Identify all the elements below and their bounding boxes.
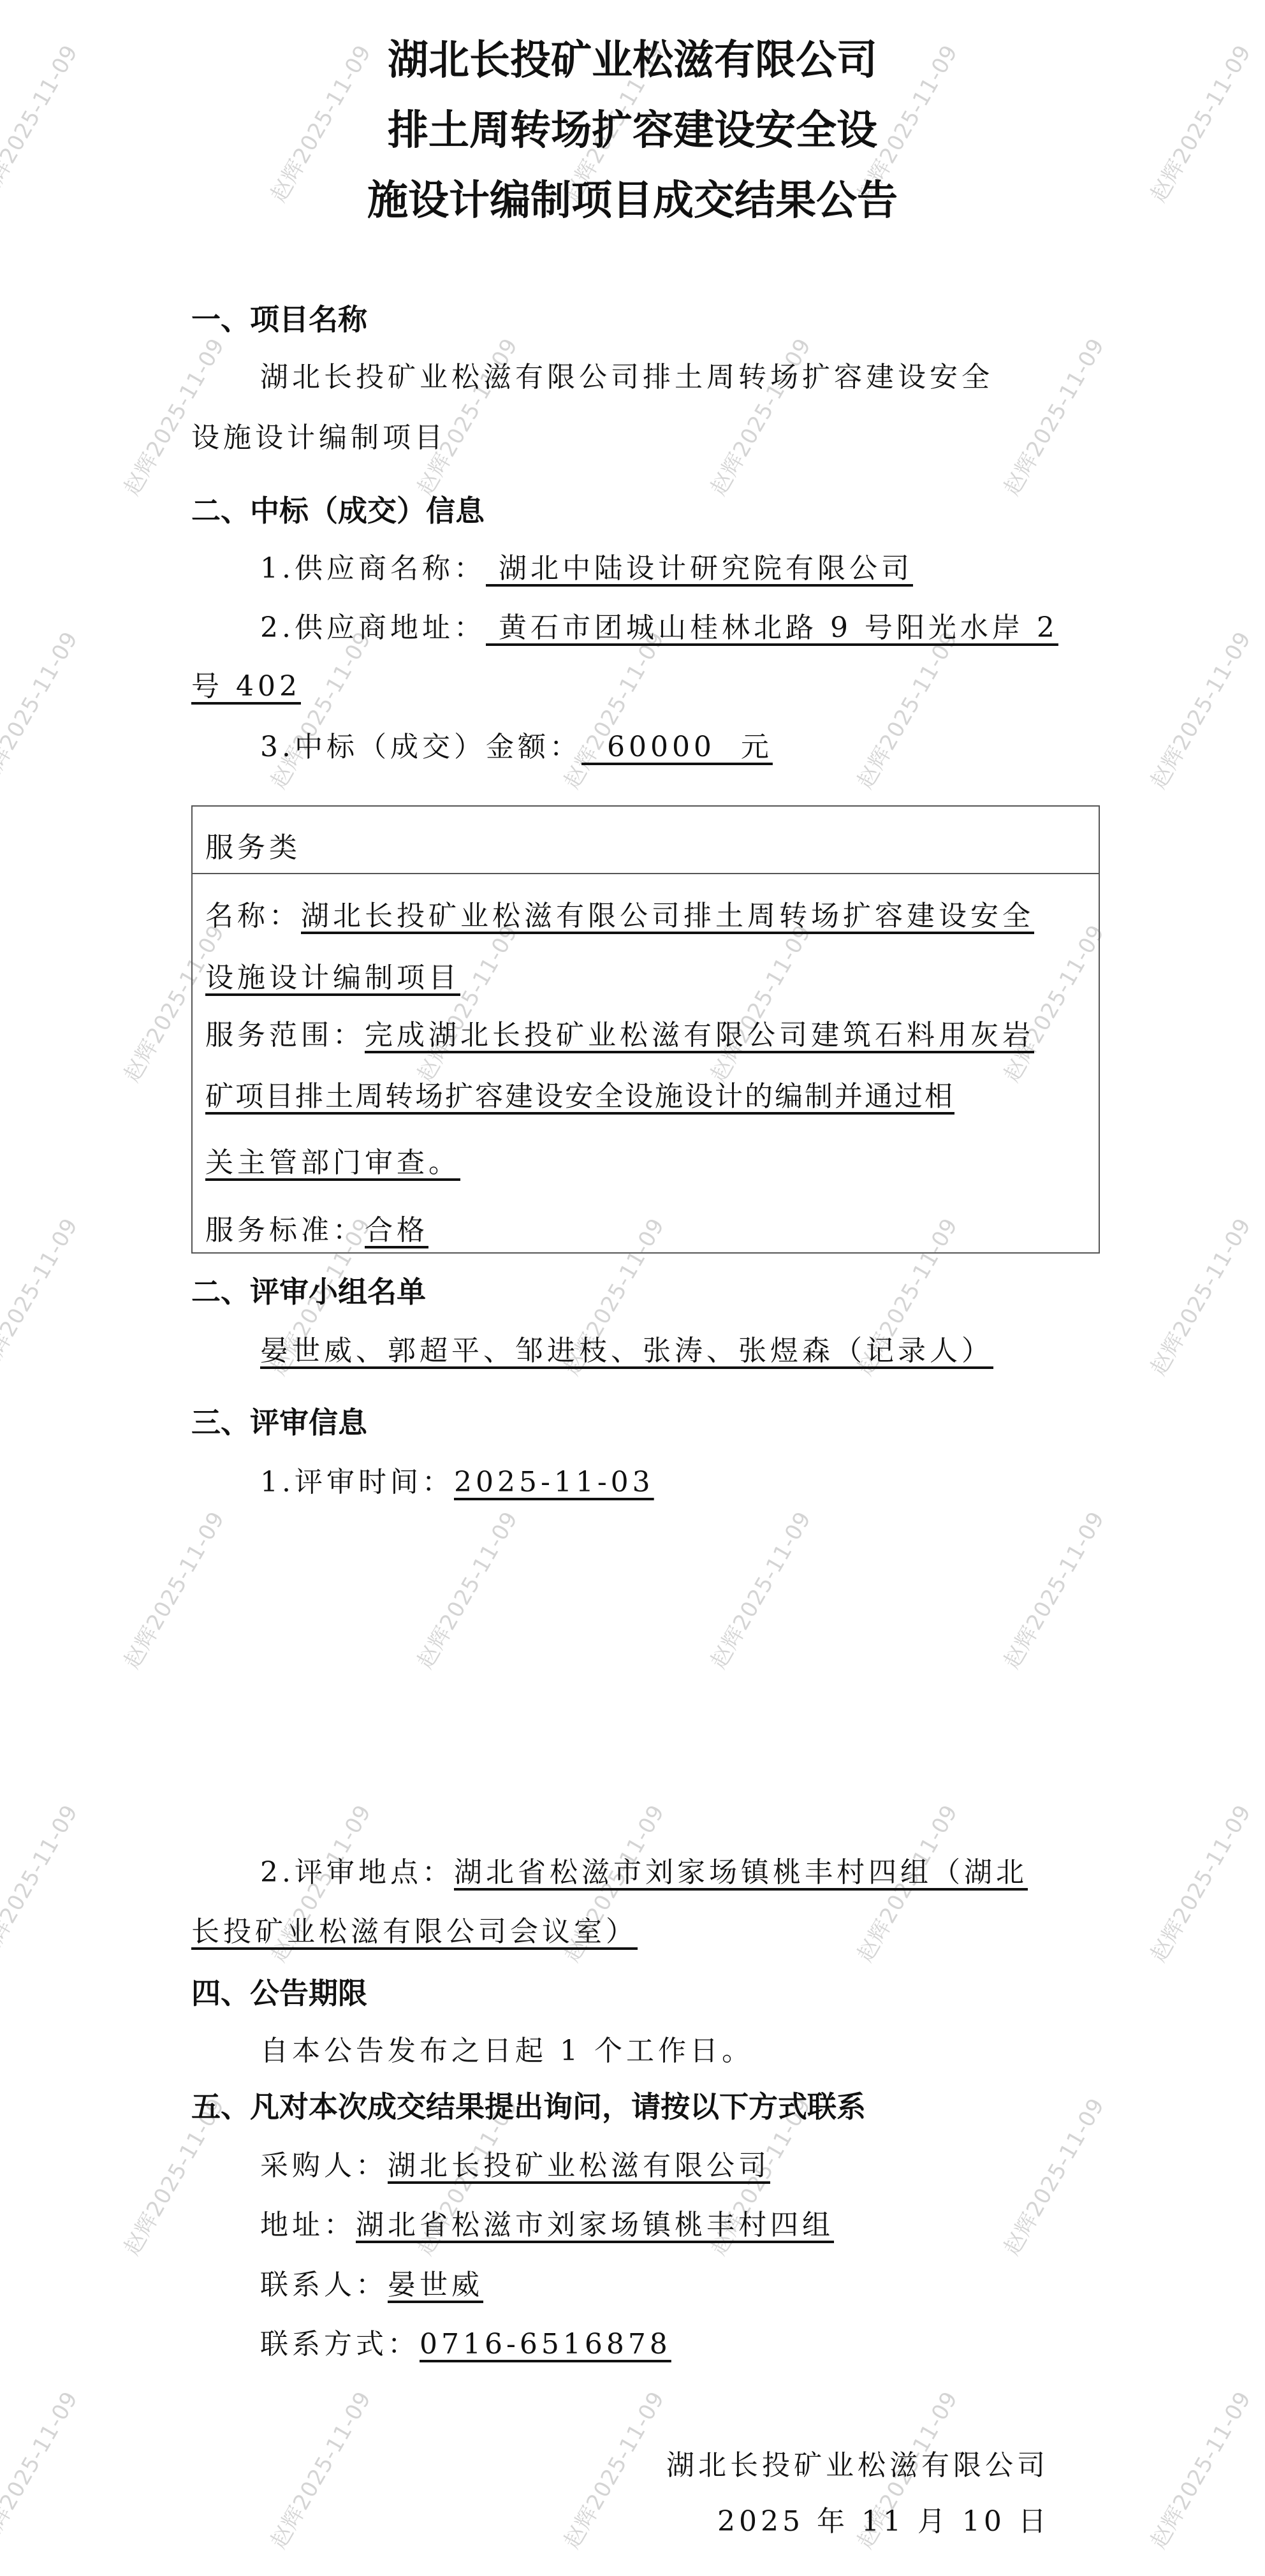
contact-person-row: 联系人：晏世威 bbox=[260, 2262, 483, 2302]
supplier-address-line-2: 号 402 bbox=[191, 663, 301, 704]
section-award-info-heading: 二、中标（成交）信息 bbox=[191, 488, 485, 530]
review-panel-members-row: 晏世威、郭超平、邹进枝、张涛、张煜森（记录人） bbox=[260, 1328, 993, 1368]
service-name-row: 名称：湖北长投矿业松滋有限公司排土周转场扩容建设安全 bbox=[205, 893, 1034, 933]
signature-company: 湖北长投矿业松滋有限公司 bbox=[666, 2442, 1049, 2483]
service-name-label: 名称： bbox=[205, 900, 301, 932]
watermark-text: 赵辉2025-11-09 bbox=[0, 1211, 84, 1380]
supplier-address-value-line-2: 号 402 bbox=[191, 670, 301, 703]
service-scope-line-2: 矿项目排土周转场扩容建设安全设施设计的编制并通过相 bbox=[205, 1080, 954, 1113]
review-place-row: 2.评审地点：湖北省松滋市刘家场镇桃丰村四组（湖北 bbox=[260, 1849, 1028, 1890]
review-time-row: 1.评审时间：2025-11-03 bbox=[260, 1459, 654, 1500]
award-amount-value: 60000 元 bbox=[581, 731, 773, 763]
review-place-line-2: 长投矿业松滋有限公司会议室） bbox=[191, 1915, 638, 1948]
review-place-line-1: 湖北省松滋市刘家场镇桃丰村四组（湖北 bbox=[454, 1856, 1028, 1889]
watermark-text: 赵辉2025-11-09 bbox=[701, 1505, 817, 1674]
watermark-text: 赵辉2025-11-09 bbox=[995, 1505, 1110, 1674]
service-scope-label: 服务范围： bbox=[205, 1019, 365, 1051]
service-scope-line-2-row: 矿项目排土周转场扩容建设安全设施设计的编制并通过相 bbox=[205, 1073, 954, 1114]
watermark-text: 赵辉2025-11-09 bbox=[1141, 1211, 1257, 1380]
service-scope-line-3-row: 关主管部门审查。 bbox=[205, 1139, 460, 1180]
service-name-line-2: 设施设计编制项目 bbox=[205, 962, 460, 994]
service-standard-label: 服务标准： bbox=[205, 1214, 365, 1247]
service-scope-row: 服务范围：完成湖北长投矿业松滋有限公司建筑石料用灰岩 bbox=[205, 1012, 1034, 1053]
supplier-address-label: 2.供应商地址： bbox=[260, 611, 486, 644]
service-name-line-1: 湖北长投矿业松滋有限公司排土周转场扩容建设安全 bbox=[301, 900, 1034, 932]
service-category: 服务类 bbox=[205, 824, 301, 865]
watermark-text: 赵辉2025-11-09 bbox=[995, 2091, 1110, 2260]
service-standard-row: 服务标准：合格 bbox=[205, 1207, 428, 1248]
address-value: 湖北省松滋市刘家场镇桃丰村四组 bbox=[356, 2209, 834, 2241]
contact-phone-row: 联系方式：0716-6516878 bbox=[260, 2321, 671, 2362]
purchaser-row: 采购人：湖北长投矿业松滋有限公司 bbox=[260, 2142, 770, 2183]
award-amount-row: 3.中标（成交）金额： 60000 元 bbox=[260, 724, 773, 765]
signature-date: 2025 年 11 月 10 日 bbox=[717, 2498, 1050, 2539]
section-contact-heading: 五、凡对本次成交结果提出询问，请按以下方式联系 bbox=[191, 2084, 866, 2126]
section-review-panel-heading: 二、评审小组名单 bbox=[191, 1269, 426, 1311]
service-details-box: 服务类 名称：湖北长投矿业松滋有限公司排土周转场扩容建设安全 设施设计编制项目 … bbox=[191, 805, 1100, 1254]
page-title: 湖北长投矿业松滋有限公司 排土周转场扩容建设安全设 施设计编制项目成交结果公告 bbox=[0, 26, 1265, 236]
service-scope-line-1: 完成湖北长投矿业松滋有限公司建筑石料用灰岩 bbox=[365, 1019, 1034, 1051]
contact-person-label: 联系人： bbox=[260, 2269, 388, 2301]
supplier-name-label: 1.供应商名称： bbox=[260, 552, 486, 585]
watermark-text: 赵辉2025-11-09 bbox=[115, 1505, 230, 1674]
title-line-2: 排土周转场扩容建设安全设 bbox=[0, 96, 1265, 166]
watermark-text: 赵辉2025-11-09 bbox=[0, 625, 84, 794]
section-notice-period-heading: 四、公告期限 bbox=[191, 1970, 367, 2012]
service-name-line-2-row: 设施设计编制项目 bbox=[205, 955, 460, 995]
notice-period-text: 自本公告发布之日起 1 个工作日。 bbox=[260, 2028, 754, 2068]
watermark-text: 赵辉2025-11-09 bbox=[0, 2385, 84, 2554]
purchaser-label: 采购人： bbox=[260, 2149, 388, 2182]
award-amount-label: 3.中标（成交）金额： bbox=[260, 731, 581, 763]
section-review-info-heading: 三、评审信息 bbox=[191, 1400, 367, 1442]
supplier-name-value: 湖北中陆设计研究院有限公司 bbox=[486, 552, 913, 585]
supplier-name-row: 1.供应商名称： 湖北中陆设计研究院有限公司 bbox=[260, 545, 913, 586]
watermark-text: 赵辉2025-11-09 bbox=[1141, 1798, 1257, 1967]
project-name-line-2: 设施设计编制项目 bbox=[191, 414, 446, 455]
review-place-label: 2.评审地点： bbox=[260, 1856, 454, 1889]
watermark-text: 赵辉2025-11-09 bbox=[555, 625, 670, 794]
watermark-text: 赵辉2025-11-09 bbox=[0, 1798, 84, 1967]
address-row: 地址：湖北省松滋市刘家场镇桃丰村四组 bbox=[260, 2202, 834, 2243]
review-time-value: 2025-11-03 bbox=[454, 1466, 654, 1498]
contact-phone-value: 0716-6516878 bbox=[420, 2328, 671, 2360]
supplier-address-value-line-1: 黄石市团城山桂林北路 9 号阳光水岸 2 bbox=[486, 611, 1058, 644]
contact-phone-label: 联系方式： bbox=[260, 2328, 420, 2360]
service-box-divider bbox=[193, 873, 1099, 874]
service-scope-line-3: 关主管部门审查。 bbox=[205, 1146, 460, 1179]
service-standard-value: 合格 bbox=[365, 1214, 428, 1247]
watermark-text: 赵辉2025-11-09 bbox=[848, 625, 963, 794]
contact-person-value: 晏世威 bbox=[388, 2269, 483, 2301]
supplier-address-row: 2.供应商地址： 黄石市团城山桂林北路 9 号阳光水岸 2 bbox=[260, 604, 1058, 645]
watermark-text: 赵辉2025-11-09 bbox=[408, 1505, 523, 1674]
watermark-text: 赵辉2025-11-09 bbox=[261, 2385, 377, 2554]
watermark-text: 赵辉2025-11-09 bbox=[995, 332, 1110, 501]
address-label: 地址： bbox=[260, 2209, 356, 2241]
watermark-text: 赵辉2025-11-09 bbox=[1141, 2385, 1257, 2554]
purchaser-value: 湖北长投矿业松滋有限公司 bbox=[388, 2149, 770, 2182]
watermark-text: 赵辉2025-11-09 bbox=[261, 625, 377, 794]
watermark-text: 赵辉2025-11-09 bbox=[555, 2385, 670, 2554]
project-name-line-1: 湖北长投矿业松滋有限公司排土周转场扩容建设安全 bbox=[260, 354, 993, 395]
section-project-name-heading: 一、项目名称 bbox=[191, 296, 367, 339]
watermark-text: 赵辉2025-11-09 bbox=[1141, 625, 1257, 794]
review-place-line-2-row: 长投矿业松滋有限公司会议室） bbox=[191, 1908, 638, 1949]
title-line-3: 施设计编制项目成交结果公告 bbox=[0, 166, 1265, 236]
review-panel-members: 晏世威、郭超平、邹进枝、张涛、张煜森（记录人） bbox=[260, 1335, 993, 1367]
title-line-1: 湖北长投矿业松滋有限公司 bbox=[0, 26, 1265, 96]
review-time-label: 1.评审时间： bbox=[260, 1466, 454, 1498]
